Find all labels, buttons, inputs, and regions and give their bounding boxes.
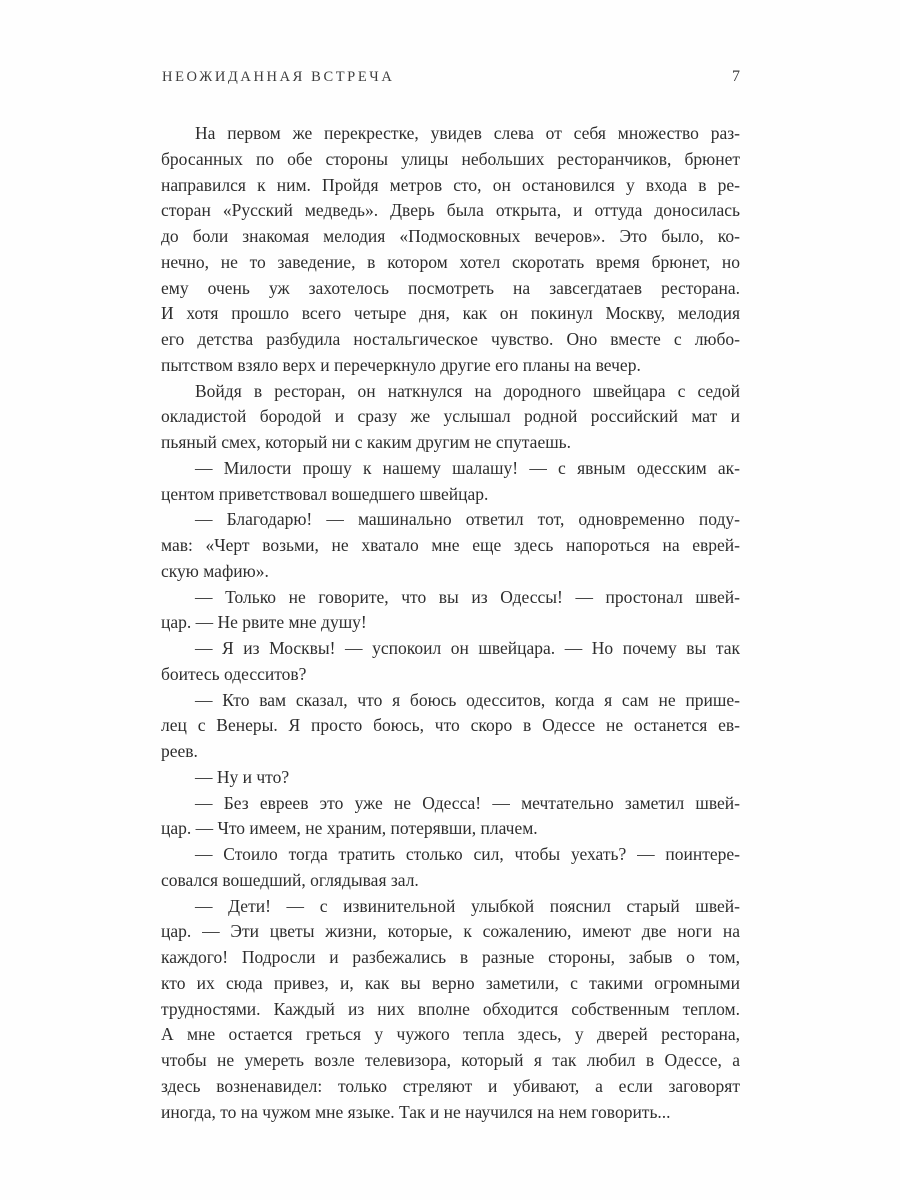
text-line: совался вошедший, оглядывая зал. — [161, 868, 740, 894]
page-header: НЕОЖИДАННАЯ ВСТРЕЧА 7 — [162, 68, 740, 86]
paragraph: — Ну и что? — [161, 765, 740, 791]
paragraph: — Кто вам сказал, что я боюсь одесситов,… — [161, 688, 740, 765]
text-line: цар. — Эти цветы жизни, которые, к сожал… — [161, 919, 740, 945]
text-line: реев. — [161, 739, 740, 765]
page-number: 7 — [732, 68, 740, 86]
text-line: А мне остается греться у чужого тепла зд… — [161, 1022, 740, 1048]
text-line: до боли знакомая мелодия «Подмосковных в… — [161, 224, 740, 250]
text-line: — Благодарю! — машинально ответил тот, о… — [161, 507, 740, 533]
text-line: нечно, не то заведение, в котором хотел … — [161, 250, 740, 276]
text-line: здесь возненавидел: только стреляют и уб… — [161, 1074, 740, 1100]
text-line: цар. — Что имеем, не храним, потерявши, … — [161, 816, 740, 842]
text-line: — Я из Москвы! — успокоил он швейцара. —… — [161, 636, 740, 662]
text-line: пытством взяло верх и перечеркнуло други… — [161, 353, 740, 379]
text-line: — Только не говорите, что вы из Одессы! … — [161, 585, 740, 611]
text-line: лец с Венеры. Я просто боюсь, что скоро … — [161, 713, 740, 739]
text-line: скую мафию». — [161, 559, 740, 585]
paragraph: — Стоило тогда тратить столько сил, чтоб… — [161, 842, 740, 894]
text-line: — Ну и что? — [161, 765, 740, 791]
text-line: направился к ним. Пройдя метров сто, он … — [161, 173, 740, 199]
text-line: мав: «Черт возьми, не хватало мне еще зд… — [161, 533, 740, 559]
text-line: чтобы не умереть возле телевизора, котор… — [161, 1048, 740, 1074]
paragraph: Войдя в ресторан, он наткнулся на дородн… — [161, 379, 740, 456]
running-title: НЕОЖИДАННАЯ ВСТРЕЧА — [162, 69, 394, 86]
text-line: пьяный смех, который ни с каким другим н… — [161, 430, 740, 456]
paragraph: На первом же перекрестке, увидев слева о… — [161, 121, 740, 379]
text-line: И хотя прошло всего четыре дня, как он п… — [161, 301, 740, 327]
text-line: — Кто вам сказал, что я боюсь одесситов,… — [161, 688, 740, 714]
paragraph: — Я из Москвы! — успокоил он швейцара. —… — [161, 636, 740, 688]
paragraph: — Только не говорите, что вы из Одессы! … — [161, 585, 740, 637]
text-line: — Дети! — с извинительной улыбкой поясни… — [161, 894, 740, 920]
text-line: На первом же перекрестке, увидев слева о… — [161, 121, 740, 147]
text-block: На первом же перекрестке, увидев слева о… — [161, 121, 740, 1125]
text-line: — Стоило тогда тратить столько сил, чтоб… — [161, 842, 740, 868]
paragraph: — Благодарю! — машинально ответил тот, о… — [161, 507, 740, 584]
paragraph: — Милости прошу к нашему шалашу! — с явн… — [161, 456, 740, 508]
text-line: боитесь одесситов? — [161, 662, 740, 688]
text-line: бросанных по обе стороны улицы небольших… — [161, 147, 740, 173]
paragraph: — Дети! — с извинительной улыбкой поясни… — [161, 894, 740, 1126]
text-line: — Без евреев это уже не Одесса! — мечтат… — [161, 791, 740, 817]
text-line: иногда, то на чужом мне языке. Так и не … — [161, 1100, 740, 1126]
text-line: кто их сюда привез, и, как вы верно заме… — [161, 971, 740, 997]
text-line: ему очень уж захотелось посмотреть на за… — [161, 276, 740, 302]
text-line: Войдя в ресторан, он наткнулся на дородн… — [161, 379, 740, 405]
text-line: — Милости прошу к нашему шалашу! — с явн… — [161, 456, 740, 482]
text-line: окладистой бородой и сразу же услышал ро… — [161, 404, 740, 430]
text-line: цар. — Не рвите мне душу! — [161, 610, 740, 636]
text-line: каждого! Подросли и разбежались в разные… — [161, 945, 740, 971]
book-page: НЕОЖИДАННАЯ ВСТРЕЧА 7 На первом же перек… — [0, 0, 900, 1200]
text-line: сторан «Русский медведь». Дверь была отк… — [161, 198, 740, 224]
text-line: его детства разбудила ностальгическое чу… — [161, 327, 740, 353]
text-line: трудностями. Каждый из них вполне обходи… — [161, 997, 740, 1023]
paragraph: — Без евреев это уже не Одесса! — мечтат… — [161, 791, 740, 843]
text-line: центом приветствовал вошедшего швейцар. — [161, 482, 740, 508]
